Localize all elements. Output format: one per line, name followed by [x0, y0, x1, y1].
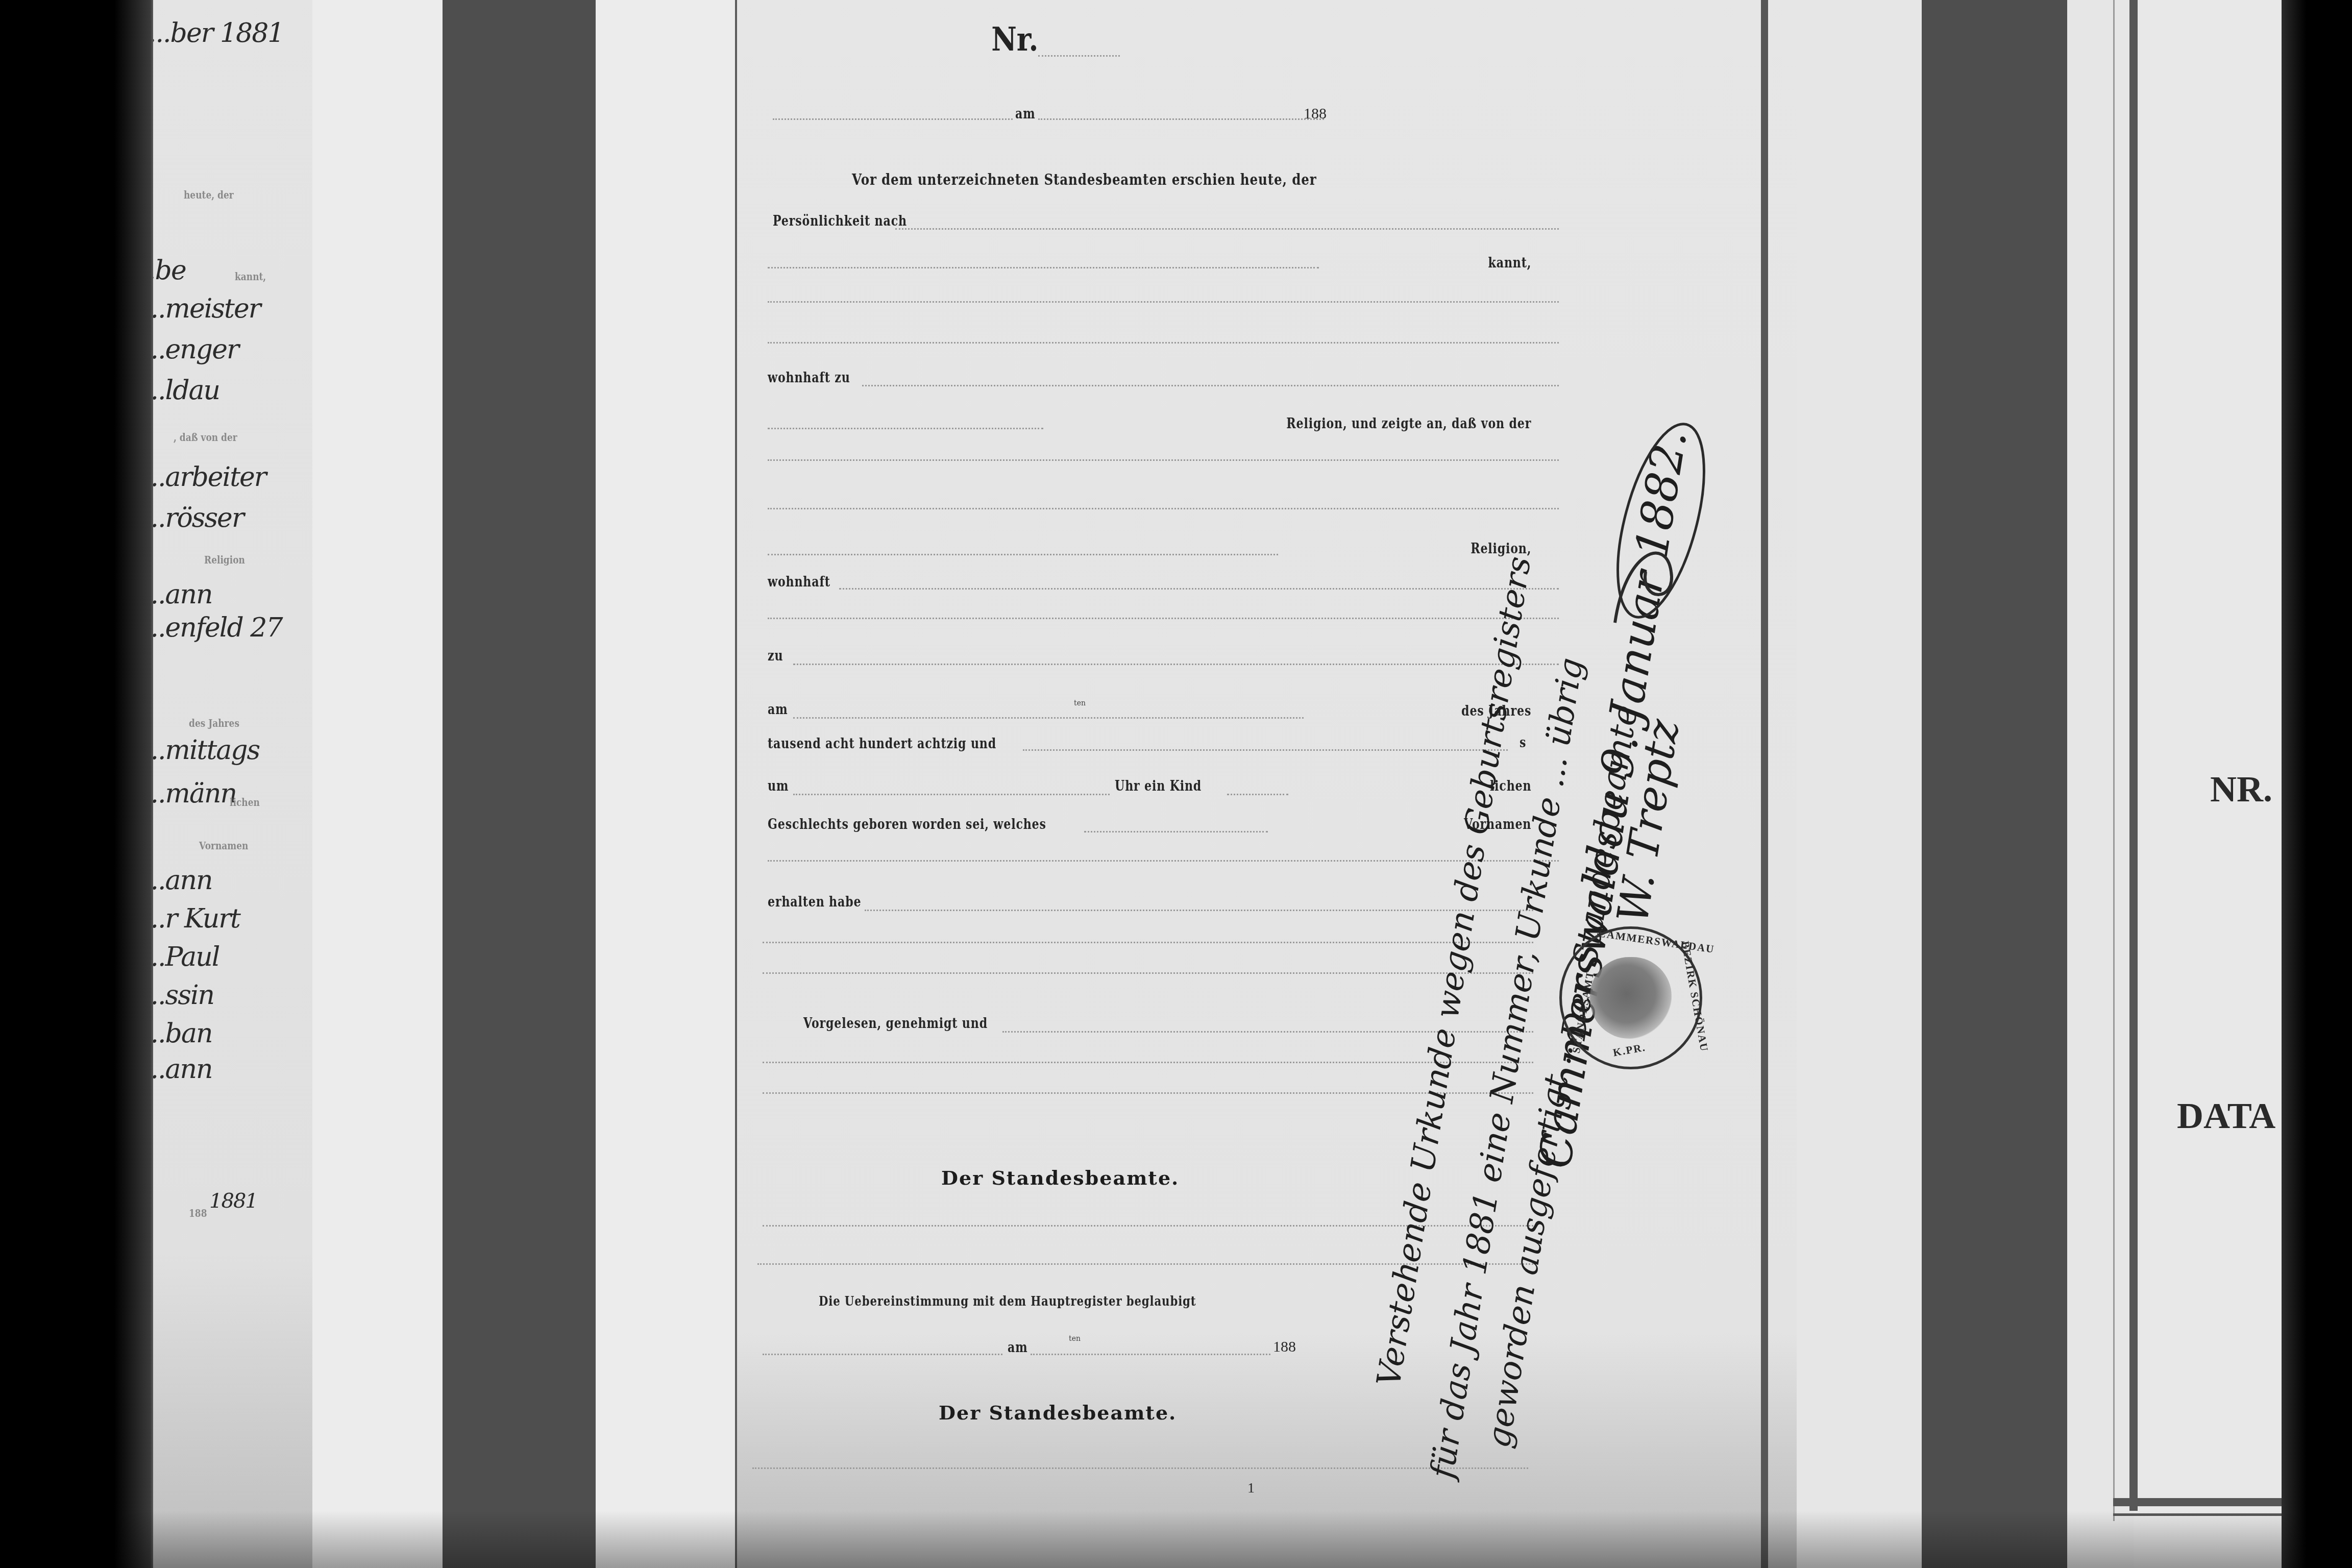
left-page-handwriting: ...arbeiter: [153, 462, 266, 493]
card-label-data: DATA: [2177, 1095, 2275, 1137]
birthplace-field: [793, 664, 1559, 665]
left-page-handwriting: ...ann: [153, 865, 212, 896]
left-page-handwriting: ...ldau: [153, 375, 219, 406]
birth-year-field: [1023, 749, 1508, 751]
left-page-handwriting: ...enger: [153, 334, 238, 365]
left-partial-page: ...ber 1881 heute, der ...be kannt, ...m…: [153, 0, 314, 1568]
left-page-print: Religion: [204, 554, 245, 566]
s-suffix: s: [1520, 735, 1526, 751]
background-gap: [312, 0, 443, 1568]
left-page-handwriting: 1881: [209, 1189, 257, 1213]
archive-label-card: NR. DATA: [2134, 0, 2287, 1568]
left-page-handwriting: ...männ: [153, 778, 236, 809]
given-names-field: [865, 910, 1533, 911]
birth-time-field: [793, 794, 1110, 795]
birth-date-field: [793, 717, 1304, 719]
religion-field: [768, 428, 1043, 429]
form-blank-line: [1084, 831, 1268, 832]
registry-form-page: Nr. am 188 Vor dem unterzeichneten Stand…: [735, 0, 1799, 1568]
background-gap: [1807, 0, 1922, 1568]
page-number: 1: [1247, 1480, 1255, 1497]
am-label: am: [768, 702, 788, 718]
certification-place-field: [763, 1354, 1002, 1355]
background-gap: [1797, 0, 1807, 1568]
left-page-handwriting: ...ssin: [153, 980, 214, 1011]
left-page-handwriting: ...mittags: [153, 735, 259, 766]
form-blank-line: [768, 301, 1559, 303]
left-page-handwriting: ...rösser: [153, 503, 243, 533]
form-blank-line: [763, 1062, 1533, 1063]
left-page-print: kannt,: [235, 271, 266, 283]
certification-date-field: [1031, 1354, 1270, 1355]
form-blank-line: [768, 459, 1559, 461]
left-vignette: [0, 0, 163, 1568]
left-page-handwriting: ...ann: [153, 579, 212, 610]
signature-flourish-icon: [1595, 419, 1707, 684]
registrar-title-1: Der Standesbeamte.: [941, 1166, 1179, 1189]
identity-field: [895, 228, 1559, 230]
vorgelesen-label: Vorgelesen, genehmigt und: [803, 1016, 988, 1032]
left-page-handwriting: ...r Kurt: [153, 903, 240, 934]
left-page-print: heute, der: [184, 189, 234, 201]
left-page-handwriting: ...meister: [153, 293, 260, 324]
certification-am-label: am: [1008, 1340, 1027, 1356]
left-page-handwriting: ...enfeld 27: [153, 612, 282, 643]
registrar-title-2: Der Standesbeamte.: [939, 1401, 1177, 1424]
left-page-print: 188: [189, 1207, 207, 1219]
left-page-print: lichen: [230, 796, 260, 808]
card-frame-line: [2113, 1498, 2287, 1506]
residence-field: [862, 385, 1559, 386]
left-page-print: des Jahres: [189, 717, 239, 729]
form-blank-line: [768, 267, 1319, 268]
um-label: um: [768, 778, 789, 794]
dark-divider-bar: [1922, 0, 2067, 1568]
form-blank-line: [768, 860, 1559, 862]
form-blank-line: [768, 508, 1559, 509]
certification-year: 188: [1273, 1338, 1296, 1356]
form-blank-line: [763, 972, 1533, 974]
persoenlichkeit-label: Persönlichkeit nach: [773, 213, 907, 229]
card-label-nr: NR.: [2210, 768, 2272, 811]
card-frame-line: [2129, 0, 2138, 1511]
left-page-handwriting: ...ber 1881: [153, 18, 283, 48]
kannt-label: kannt,: [1488, 255, 1531, 271]
background-gap: [2067, 0, 2134, 1568]
record-number-field: [1038, 55, 1120, 57]
left-page-print: , daß von der: [174, 431, 237, 444]
zu-label: zu: [768, 648, 783, 664]
dark-divider-bar: [443, 0, 596, 1568]
place-field: [773, 118, 1013, 120]
sex-field: [1227, 794, 1288, 795]
uhr-ein-kind-label: Uhr ein Kind: [1115, 778, 1202, 794]
date-am-label: am: [1015, 106, 1035, 122]
signature-line-2: [752, 1467, 1528, 1469]
geschlechts-label: Geschlechts geboren worden sei, welches: [768, 817, 1046, 832]
left-page-handwriting: ...ann: [153, 1054, 212, 1085]
left-page-handwriting: ...ban: [153, 1018, 212, 1049]
wohnhaft-label: wohnhaft: [768, 574, 830, 590]
official-stamp: CAMMERSWALDAU STANDESAMT K.PR. BEZIRK SC…: [1559, 926, 1702, 1069]
mother-religion-field: [768, 554, 1278, 555]
certification-line: Die Uebereinstimmung mit dem Hauptregist…: [819, 1294, 1196, 1309]
religion-announce-label: Religion, und zeigte an, daß von der: [1286, 416, 1531, 432]
stamp-bottom-text: K.PR.: [1612, 1041, 1647, 1060]
form-blank-line: [768, 618, 1559, 619]
wohnhaft-zu-label: wohnhaft zu: [768, 370, 850, 386]
background-gap: [596, 0, 735, 1568]
right-vignette: [2282, 0, 2352, 1568]
left-page-print: Vornamen: [199, 840, 248, 852]
page-edge-line: [1761, 0, 1768, 1568]
mother-residence-field: [839, 588, 1559, 590]
ten-suffix: ten: [1074, 699, 1086, 707]
card-frame-line: [2113, 1513, 2287, 1516]
record-number-label: Nr.: [991, 20, 1038, 59]
date-field: [1038, 118, 1324, 120]
folder-edge-line: [2113, 0, 2115, 1521]
form-blank-line: [768, 342, 1559, 344]
eagle-emblem-icon: [1590, 957, 1672, 1039]
form-blank-line: [763, 942, 1533, 943]
left-page-handwriting: ...be: [153, 255, 186, 286]
erhalten-habe-label: erhalten habe: [768, 894, 861, 910]
tausend-label: tausend acht hundert achtzig und: [768, 736, 996, 752]
left-page-handwriting: ...Paul: [153, 942, 219, 972]
ten-suffix-2: ten: [1069, 1335, 1081, 1343]
intro-line: Vor dem unterzeichneten Standesbeamten e…: [852, 171, 1316, 189]
year-prefix: 188: [1304, 105, 1327, 122]
